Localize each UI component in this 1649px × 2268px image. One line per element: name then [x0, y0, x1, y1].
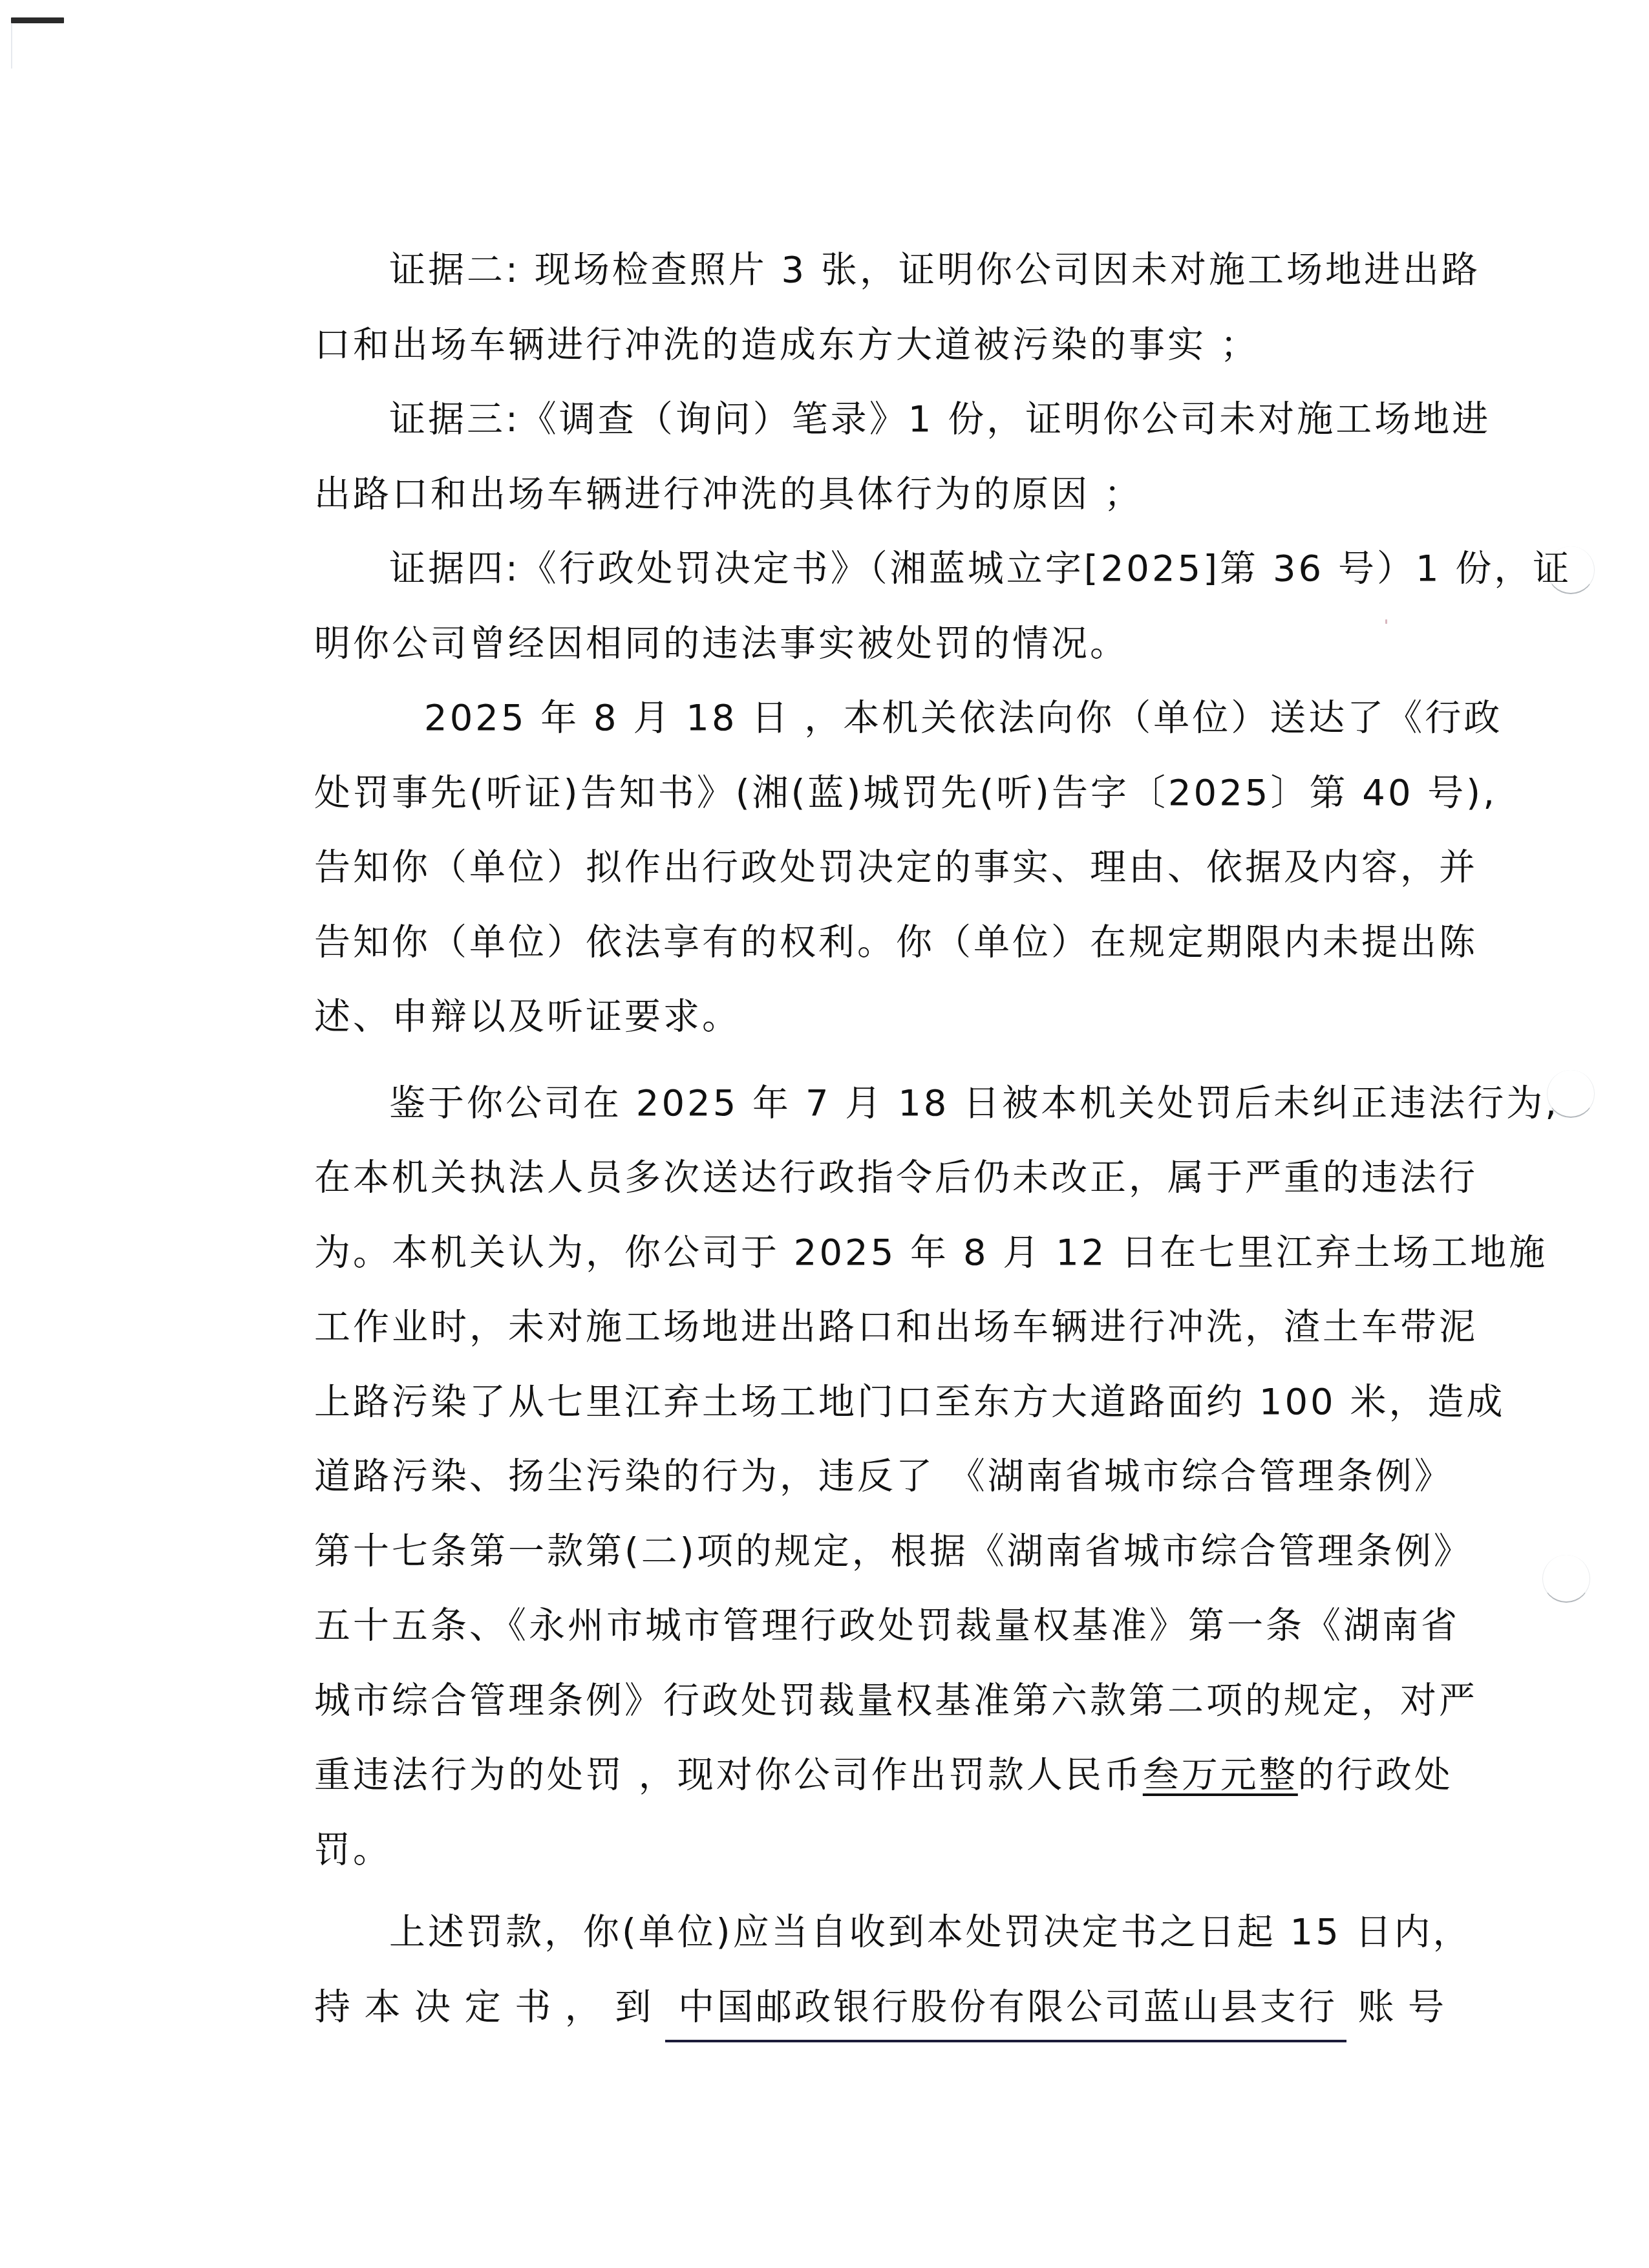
penalty-line-suffix: 的行政处 — [1298, 1754, 1453, 1796]
decision-paragraph: 鉴于你公司在 2025 年 7 月 18 日被本机关处罚后未纠正违法行为, 在本… — [314, 1066, 1447, 1888]
scan-corner-mark — [11, 17, 64, 23]
evidence-3: 证据三:《调查（询问）笔录》1 份，证明你公司未对施工场地进 出路口和出场车辆进… — [314, 382, 1447, 531]
payment-paragraph: 上述罚款，你(单位)应当自收到本处罚决定书之日起 15 日内， 持本决定书，到中… — [314, 1895, 1447, 2044]
text-line: 告知你（单位）拟作出行政处罚决定的事实、理由、依据及内容，并 — [314, 830, 1447, 905]
text-line: 城市综合管理条例》行政处罚裁量权基准第六款第二项的规定，对严 — [314, 1664, 1447, 1738]
bank-line-prefix: 持本决定书，到 — [314, 1986, 665, 2028]
text-line: 处罚事先(听证)告知书》(湘(蓝)城罚先(听)告字〔2025〕第 40 号), — [314, 756, 1447, 831]
text-line: 工作业时，未对施工场地进出路口和出场车辆进行冲洗，渣土车带泥 — [314, 1290, 1447, 1365]
text-line: 证据二: 现场检查照片 3 张，证明你公司因未对施工场地进出路 — [314, 233, 1447, 308]
penalty-line-prefix: 重违法行为的处罚 ，现对你公司作出罚款人民币 — [314, 1754, 1143, 1796]
text-line: 明你公司曾经因相同的违法事实被处罚的情况。 — [314, 606, 1447, 681]
text-line: 第十七条第一款第(二)项的规定，根据《湖南省城市综合管理条例》 — [314, 1514, 1447, 1589]
text-line: 鉴于你公司在 2025 年 7 月 18 日被本机关处罚后未纠正违法行为, — [314, 1066, 1447, 1141]
text-line: 在本机关执法人员多次送达行政指令后仍未改正，属于严重的违法行 — [314, 1140, 1447, 1215]
text-line: 2025 年 8 月 18 日 ，本机关依法向你（单位）送达了《行政 — [314, 681, 1447, 756]
bank-line: 持本决定书，到中国邮政银行股份有限公司蓝山县支行账号 — [314, 1970, 1447, 2045]
evidence-4: 证据四:《行政处罚决定书》（湘蓝城立字[2025]第 36 号）1 份，证 明你… — [314, 531, 1447, 681]
text-line: 为。本机关认为，你公司于 2025 年 8 月 12 日在七里江弃土场工地施 — [314, 1215, 1447, 1290]
text-line: 告知你（单位）依法享有的权利。你（单位）在规定期限内未提出陈 — [314, 905, 1447, 980]
notice-paragraph: 2025 年 8 月 18 日 ，本机关依法向你（单位）送达了《行政 处罚事先(… — [314, 681, 1447, 1054]
text-line: 道路污染、扬尘污染的行为，违反了 《湖南省城市综合管理条例》 — [314, 1439, 1447, 1514]
bank-line-suffix: 账号 — [1346, 1986, 1447, 2028]
bank-name-field: 中国邮政银行股份有限公司蓝山县支行 — [665, 1975, 1346, 2042]
document-body: 证据二: 现场检查照片 3 张，证明你公司因未对施工场地进出路 口和出场车辆进行… — [314, 233, 1447, 2044]
text-line: 出路口和出场车辆进行冲洗的具体行为的原因 ； — [314, 457, 1447, 532]
text-line: 证据三:《调查（询问）笔录》1 份，证明你公司未对施工场地进 — [314, 382, 1447, 457]
evidence-2: 证据二: 现场检查照片 3 张，证明你公司因未对施工场地进出路 口和出场车辆进行… — [314, 233, 1447, 382]
text-line: 上述罚款，你(单位)应当自收到本处罚决定书之日起 15 日内， — [314, 1895, 1447, 1970]
penalty-line: 重违法行为的处罚 ，现对你公司作出罚款人民币叁万元整的行政处 — [314, 1738, 1447, 1813]
text-line: 五十五条、《永州市城市管理行政处罚裁量权基准》第一条《湖南省 — [314, 1589, 1447, 1664]
text-line: 述、申辩以及听证要求。 — [314, 979, 1447, 1054]
penalty-amount: 叁万元整 — [1143, 1754, 1298, 1796]
text-line: 上路污染了从七里江弃土场工地门口至东方大道路面约 100 米，造成 — [314, 1365, 1447, 1440]
punch-hole-mark — [1542, 1555, 1590, 1603]
text-line: 证据四:《行政处罚决定书》（湘蓝城立字[2025]第 36 号）1 份，证 — [314, 531, 1447, 606]
text-line: 罚。 — [314, 1813, 1447, 1888]
text-line: 口和出场车辆进行冲洗的造成东方大道被污染的事实 ； — [314, 308, 1447, 383]
